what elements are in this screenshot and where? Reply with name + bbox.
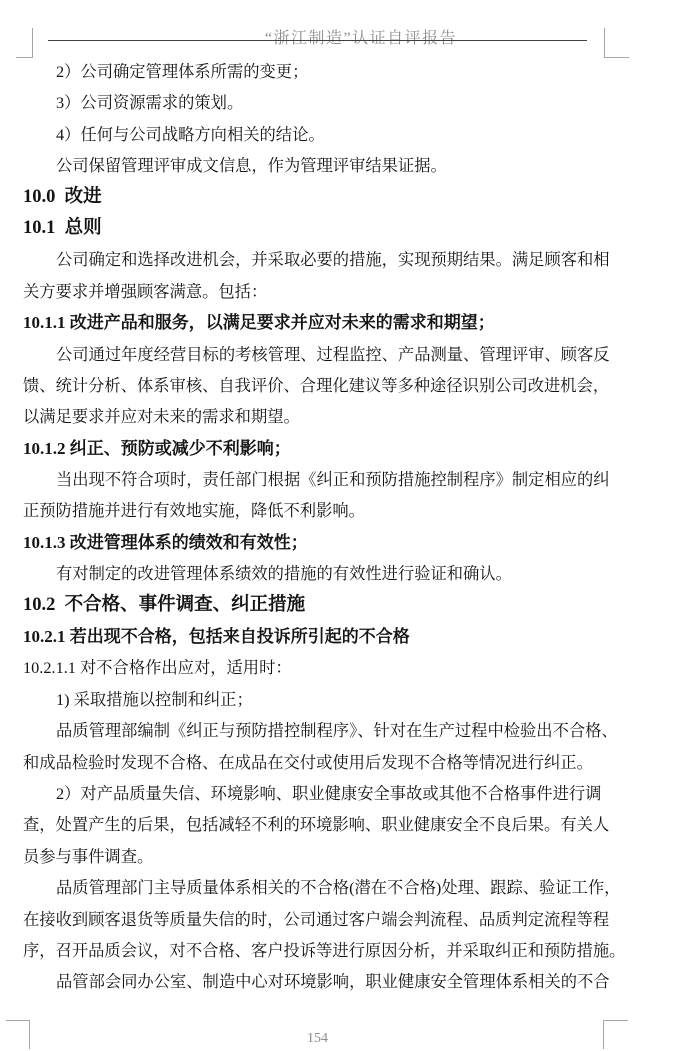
text-line: 公司通过年度经营目标的考核管理、过程监控、产品测量、管理评审、顾客反	[23, 339, 623, 370]
text-line: 有对制定的改进管理体系绩效的措施的有效性进行验证和确认。	[23, 558, 623, 589]
text-line: 2）公司确定管理体系所需的变更；	[23, 56, 623, 87]
page-footer: 154	[23, 1031, 612, 1047]
page-number: 154	[307, 1031, 328, 1046]
text-line: 馈、统计分析、体系审核、自我评价、合理化建议等多种途径识别公司改进机会，	[23, 370, 623, 401]
text-line: 4）任何与公司战略方向相关的结论。	[23, 119, 623, 150]
text-line: 以满足要求并应对未来的需求和期望。	[23, 401, 623, 432]
text-line: 公司保留管理评审成文信息，作为管理评审结果证据。	[23, 150, 623, 181]
text-line: 公司确定和选择改进机会，并采取必要的措施，实现预期结果。满足顾客和相	[23, 244, 623, 275]
text-line: 1) 采取措施以控制和纠正；	[23, 684, 623, 715]
document-body: 2）公司确定管理体系所需的变更；3）公司资源需求的策划。4）任何与公司战略方向相…	[23, 56, 623, 998]
heading-line: 10.2 不合格、事件调查、纠正措施	[23, 590, 623, 621]
text-line: 品质管理部编制《纠正与预防措控制程序》、针对在生产过程中检验出不合格、	[23, 715, 623, 746]
header-rule	[48, 40, 587, 41]
text-line: 3）公司资源需求的策划。	[23, 87, 623, 118]
text-line: 正预防措施并进行有效地实施，降低不利影响。	[23, 495, 623, 526]
text-line: 员参与事件调查。	[23, 841, 623, 872]
heading-line: 10.0 改进	[23, 182, 623, 213]
text-line: 查，处置产生的后果，包括减轻不利的环境影响、职业健康安全不良后果。有关人	[23, 809, 623, 840]
text-line: 当出现不符合项时，责任部门根据《纠正和预防措施控制程序》制定相应的纠	[23, 464, 623, 495]
heading-line: 10.2.1 若出现不合格，包括来自投诉所引起的不合格	[23, 621, 623, 652]
text-line: 2）对产品质量失信、环境影响、职业健康安全事故或其他不合格事件进行调	[23, 778, 623, 809]
crop-mark-top-left	[16, 28, 33, 58]
heading-line: 10.1.1 改进产品和服务，以满足要求并应对未来的需求和期望；	[23, 307, 623, 338]
text-line: 关方要求并增强顾客满意。包括：	[23, 276, 623, 307]
text-line: 10.2.1.1 对不合格作出应对，适用时：	[23, 652, 623, 683]
header-title: “浙江制造”认证自评报告	[265, 30, 457, 47]
document-page: “浙江制造”认证自评报告 2）公司确定管理体系所需的变更；3）公司资源需求的策划…	[0, 0, 700, 1051]
heading-line: 10.1.3 改进管理体系的绩效和有效性；	[23, 527, 623, 558]
text-line: 和成品检验时发现不合格、在成品在交付或使用后发现不合格等情况进行纠正。	[23, 747, 623, 778]
text-line: 序，召开品质会议，对不合格、客户投诉等进行原因分析，并采取纠正和预防措施。	[23, 935, 623, 966]
heading-line: 10.1.2 纠正、预防或减少不利影响；	[23, 433, 623, 464]
text-line: 品管部会同办公室、制造中心对环境影响，职业健康安全管理体系相关的不合	[23, 966, 623, 997]
crop-mark-top-right	[604, 28, 629, 58]
text-line: 品质管理部门主导质量体系相关的不合格(潜在不合格)处理、跟踪、验证工作，	[23, 872, 623, 903]
text-line: 在接收到顾客退货等质量失信的时，公司通过客户端会判流程、品质判定流程等程	[23, 904, 623, 935]
heading-line: 10.1 总则	[23, 213, 623, 244]
